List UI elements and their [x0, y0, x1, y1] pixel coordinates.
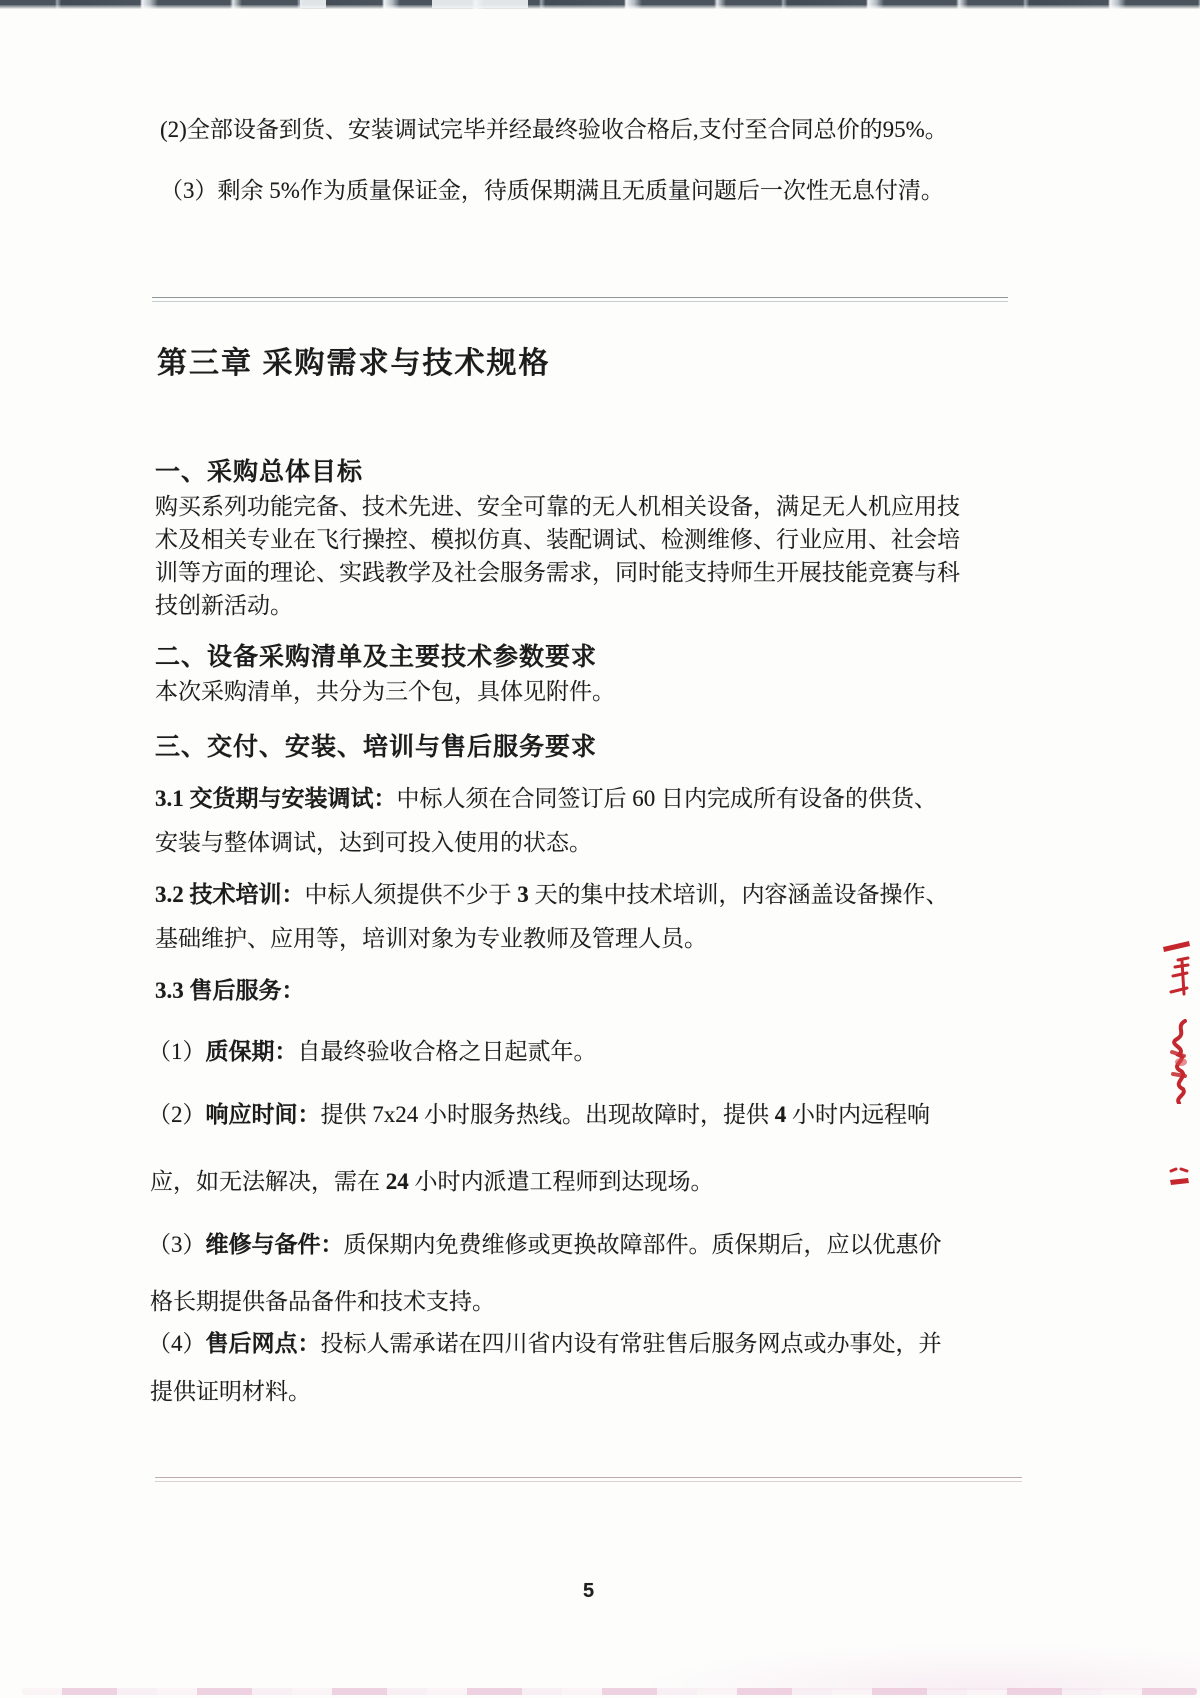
section-2-heading: 二、设备采购清单及主要技术参数要求 [155, 644, 597, 671]
section-3-heading: 三、交付、安装、培训与售后服务要求 [155, 734, 597, 761]
item-2-text-cont: 小时内远程响 [786, 1102, 930, 1127]
item-4-label: 售后网点： [206, 1331, 321, 1356]
section-3-heading-text: 三、交付、安装、培训与售后服务要求 [155, 734, 597, 761]
item-1-text: 自最终验收合格之日起贰年。 [298, 1039, 597, 1064]
payment-item-3-text: （3）剩余 5%作为质量保证金，待质保期满且无质量问题后一次性无息付清。 [160, 178, 944, 203]
red-seal-fragment [1158, 1018, 1192, 1109]
paragraph-line: 训等方面的理论、实践教学及社会服务需求，同时能支持师生开展技能竞赛与科 [155, 556, 960, 589]
chapter-heading: 第三章 采购需求与技术规格 [157, 350, 551, 377]
clause-3-2-text: 中标人须提供不少于 [305, 882, 518, 907]
after-sales-item-1: （1）质保期：自最终验收合格之日起贰年。 [148, 1038, 597, 1065]
section-divider-bottom [155, 1477, 1022, 1482]
page-number: 5 [155, 1580, 1022, 1603]
item-3-line-2-text: 格长期提供备品备件和技术支持。 [150, 1289, 495, 1314]
item-1-label: 质保期： [206, 1039, 298, 1064]
item-4-number: （4） [148, 1331, 206, 1356]
after-sales-item-3-line-2: 格长期提供备品备件和技术支持。 [150, 1288, 495, 1315]
item-2-line-2-text: 应，如无法解决，需在 [150, 1169, 386, 1194]
section-2-heading-text: 二、设备采购清单及主要技术参数要求 [155, 644, 597, 671]
payment-item-3: （3）剩余 5%作为质量保证金，待质保期满且无质量问题后一次性无息付清。 [160, 177, 944, 204]
item-3-number: （3） [148, 1232, 206, 1257]
payment-item-2-text: (2)全部设备到货、安装调试完毕并经最终验收合格后,支付至合同总价的95%。 [160, 117, 948, 142]
clause-3-3-heading: 3.3 售后服务： [155, 977, 305, 1004]
item-2-line-2-bold-number: 24 [386, 1169, 409, 1194]
after-sales-item-3-line-1: （3）维修与备件：质保期内免费维修或更换故障部件。质保期后，应以优惠价 [148, 1231, 942, 1258]
clause-3-2-label: 3.2 技术培训： [155, 882, 305, 907]
seal-stroke-icon [1162, 938, 1192, 1000]
clause-3-1-text-2: 安装与整体调试，达到可投入使用的状态。 [155, 830, 592, 855]
chapter-heading-text: 第三章 采购需求与技术规格 [157, 347, 551, 380]
seal-stroke-icon [1158, 1018, 1192, 1104]
section-2-body-text: 本次采购清单，共分为三个包，具体见附件。 [155, 679, 615, 704]
item-1-number: （1） [148, 1039, 206, 1064]
paragraph-line: 购买系列功能完备、技术先进、安全可靠的无人机相关设备，满足无人机应用技 [155, 490, 960, 523]
item-2-text: 提供 7x24 小时服务热线。出现故障时，提供 [321, 1102, 775, 1127]
scan-edge-gap [300, 0, 326, 8]
scan-edge-top [0, 0, 1200, 9]
payment-item-2: (2)全部设备到货、安装调试完毕并经最终验收合格后,支付至合同总价的95%。 [160, 116, 948, 143]
section-2-body: 本次采购清单，共分为三个包，具体见附件。 [155, 678, 615, 705]
item-3-text: 质保期内免费维修或更换故障部件。质保期后，应以优惠价 [344, 1232, 942, 1257]
scan-edge-gap [432, 0, 528, 8]
clause-3-1-text: 中标人须在合同签订后 60 日内完成所有设备的供货、 [397, 786, 938, 811]
clause-3-2-text-2: 基础维护、应用等，培训对象为专业教师及管理人员。 [155, 926, 707, 951]
section-divider-top [152, 297, 1008, 302]
after-sales-item-2-line-2: 应，如无法解决，需在 24 小时内派遣工程师到达现场。 [150, 1168, 714, 1195]
clause-3-2-text-cont: 天的集中技术培训，内容涵盖设备操作、 [529, 882, 949, 907]
scanned-document-page: (2)全部设备到货、安装调试完毕并经最终验收合格后,支付至合同总价的95%。 （… [0, 0, 1200, 1698]
after-sales-item-4-line-1: （4）售后网点：投标人需承诺在四川省内设有常驻售后服务网点或办事处，并 [148, 1330, 942, 1357]
clause-3-2-line-1: 3.2 技术培训：中标人须提供不少于 3 天的集中技术培训，内容涵盖设备操作、 [155, 881, 949, 908]
item-3-label: 维修与备件： [206, 1232, 344, 1257]
red-seal-fragment [1162, 938, 1192, 1005]
clause-3-3-heading-text: 3.3 售后服务： [155, 978, 305, 1003]
seal-stroke-icon [1168, 1166, 1190, 1188]
item-2-number: （2） [148, 1102, 206, 1127]
clause-3-2-bold-number: 3 [517, 882, 529, 907]
section-1-heading: 一、采购总体目标 [155, 459, 363, 486]
clause-3-2-line-2: 基础维护、应用等，培训对象为专业教师及管理人员。 [155, 925, 707, 952]
clause-3-1-label: 3.1 交货期与安装调试： [155, 786, 397, 811]
clause-3-1-line-2: 安装与整体调试，达到可投入使用的状态。 [155, 829, 592, 856]
item-2-label: 响应时间： [206, 1102, 321, 1127]
item-4-text: 投标人需承诺在四川省内设有常驻售后服务网点或办事处，并 [321, 1331, 942, 1356]
after-sales-item-2-line-1: （2）响应时间：提供 7x24 小时服务热线。出现故障时，提供 4 小时内远程响 [148, 1101, 930, 1128]
section-1-paragraph: 购买系列功能完备、技术先进、安全可靠的无人机相关设备，满足无人机应用技 术及相关… [155, 490, 960, 622]
clause-3-1-line-1: 3.1 交货期与安装调试：中标人须在合同签订后 60 日内完成所有设备的供货、 [155, 785, 937, 812]
after-sales-item-4-line-2: 提供证明材料。 [150, 1378, 311, 1405]
item-2-bold-number: 4 [775, 1102, 787, 1127]
section-1-heading-text: 一、采购总体目标 [155, 459, 363, 486]
scan-smudge-bottom [640, 1644, 1200, 1690]
red-seal-fragment [1168, 1166, 1190, 1193]
scan-edge-bottom [22, 1688, 1197, 1695]
item-2-line-2-text-cont: 小时内派遣工程师到达现场。 [409, 1169, 714, 1194]
paragraph-line: 术及相关专业在飞行操控、模拟仿真、装配调试、检测维修、行业应用、社会培 [155, 523, 960, 556]
item-4-line-2-text: 提供证明材料。 [150, 1379, 311, 1404]
paragraph-line: 技创新活动。 [155, 589, 960, 622]
